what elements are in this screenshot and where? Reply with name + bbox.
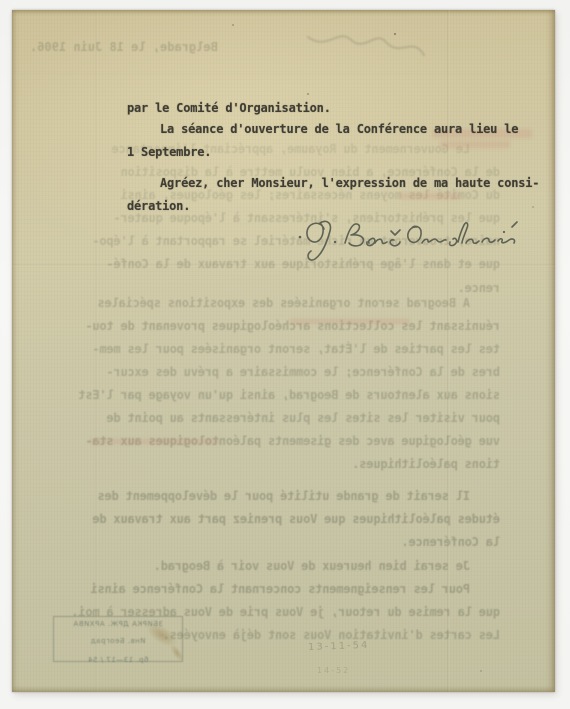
bleed-through-line: Il serait de grande utilité pour le déve… <box>98 489 470 503</box>
scanner-background: Belgrade, le 18 Juin 1906. Le Gouverneme… <box>0 0 570 709</box>
ink-speck <box>394 33 396 35</box>
bleed-through-line: Pour les renseignements concernant la Co… <box>91 582 470 596</box>
typed-line: 1 Septembre. <box>127 145 211 159</box>
bleed-through-line: études paléolithiques que Vous preniez p… <box>93 512 500 526</box>
red-ink-bleed-smear <box>290 319 410 324</box>
ink-speck <box>480 670 482 672</box>
bleed-through-handwriting-squiggle <box>300 27 430 67</box>
pencil-note: 14-52 <box>317 666 350 675</box>
red-ink-bleed-smear <box>400 193 460 199</box>
bleed-through-line: la Conférence. <box>402 535 500 549</box>
bleed-through-line: tions paléolithiques. <box>352 457 500 471</box>
red-ink-bleed-smear <box>90 439 220 444</box>
handwritten-signature <box>293 210 538 268</box>
bleed-through-line: A Beograd seront organisées des expositi… <box>98 296 470 310</box>
bleed-through-line: sions aux alentours de Beograd, ainsi qu… <box>79 388 500 402</box>
typed-line: par le Comité d'Organisation. <box>127 101 331 115</box>
pencil-note: 13-11-54 <box>308 640 370 653</box>
typed-line: Agréez, cher Monsieur, l'expression de m… <box>160 176 539 190</box>
ink-speck <box>532 206 534 208</box>
horizontal-fold-crease <box>12 73 555 76</box>
bleed-through-line: Je serai bien heureux de Vous voir à Beo… <box>154 559 470 573</box>
red-ink-bleed-smear <box>440 141 510 148</box>
bleed-through-line: pour visiter les sites les plus intéress… <box>107 411 500 425</box>
ink-speck <box>232 24 234 26</box>
horizontal-fold-crease <box>12 264 555 267</box>
bleed-through-line: bres de la Conférence; le commissaire a … <box>107 365 500 379</box>
vertical-fold-crease <box>95 10 98 692</box>
scanned-letter-page: { "document_type": "scanned typewritten … <box>0 0 570 709</box>
vertical-fold-crease <box>447 10 450 692</box>
letter-paper: Belgrade, le 18 Juin 1906. Le Gouverneme… <box>12 10 555 692</box>
typed-line: La séance d'ouverture de la Conférence a… <box>160 122 518 136</box>
bleed-through-line: tes les parties de l'État, seront organi… <box>93 342 500 356</box>
typed-line: dération. <box>127 199 190 213</box>
ink-speck <box>307 93 309 95</box>
bleed-through-line: rence. <box>458 281 500 295</box>
bleed-through-date-line: Belgrade, le 18 Juin 1906. <box>30 40 218 54</box>
